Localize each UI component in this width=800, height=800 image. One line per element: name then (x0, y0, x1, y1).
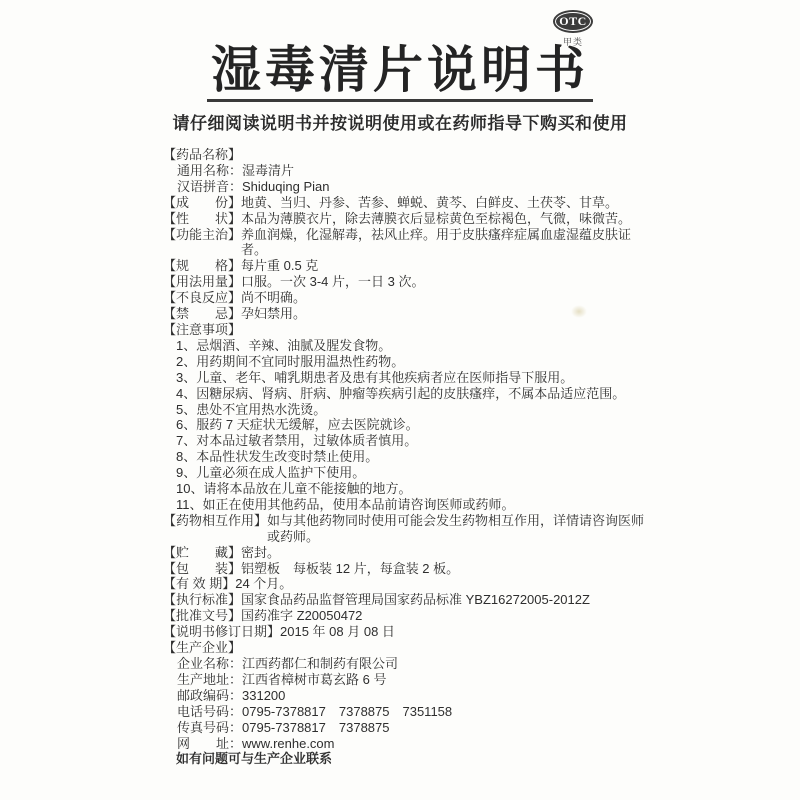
list-item: 9、儿童必须在成人监护下使用。 (176, 465, 645, 481)
section-approval-number: 【批准文号】 国药准字 Z20050472 (163, 608, 645, 624)
section-label: 【贮 藏】 (163, 545, 241, 561)
section-text: 密封。 (241, 545, 645, 561)
pinyin-line: 汉语拼音： Shiduqing Pian (163, 179, 645, 195)
field-label: 企业名称： (177, 656, 242, 672)
section-label: 【成 份】 (163, 195, 241, 211)
section-label: 【功能主治】 (163, 227, 241, 243)
section-standard: 【执行标准】 国家食品药品监督管理局国家药品标准 YBZ16272005-201… (163, 592, 645, 608)
section-storage: 【贮 藏】 密封。 (163, 545, 645, 561)
contact-note: 如有问题可与生产企业联系 (163, 751, 645, 767)
section-label: 【用法用量】 (163, 274, 241, 290)
field-value: 0795-7378817 7378875 (242, 720, 645, 736)
section-text: 铝塑板 每板装 12 片，每盒装 2 板。 (241, 561, 645, 577)
leaflet-header: 湿毒清片说明书 请仔细阅读说明书并按说明使用或在药师指导下购买和使用 (0, 0, 800, 134)
section-precautions: 【注意事项】 (163, 322, 645, 338)
field-label: 汉语拼音： (177, 179, 242, 195)
field-label: 传真号码： (177, 720, 242, 736)
section-text: 孕妇禁用。 (241, 306, 645, 322)
leaflet-page: OTC 甲类 湿毒清片说明书 请仔细阅读说明书并按说明使用或在药师指导下购买和使… (0, 0, 800, 800)
field-value: 0795-7378817 7378875 7351158 (242, 704, 645, 720)
section-property: 【性 状】 本品为薄膜衣片，除去薄膜衣后显棕黄色至棕褐色，气微，味微苦。 (163, 211, 645, 227)
leaflet-body: 【药品名称】 通用名称： 湿毒清片 汉语拼音： Shiduqing Pian 【… (163, 147, 645, 767)
field-value: www.renhe.com (242, 736, 645, 752)
list-item: 1、忌烟酒、辛辣、油腻及腥发食物。 (176, 338, 645, 354)
page-subtitle: 请仔细阅读说明书并按说明使用或在药师指导下购买和使用 (0, 109, 800, 134)
section-label: 【禁 忌】 (163, 306, 241, 322)
section-drug-interaction: 【药物相互作用】 如与其他药物同时使用可能会发生药物相互作用，详情请咨询医师或药… (163, 513, 645, 545)
section-revision-date: 【说明书修订日期】 2015 年 08 月 08 日 (163, 624, 645, 640)
section-packaging: 【包 装】 铝塑板 每板装 12 片，每盒装 2 板。 (163, 561, 645, 577)
section-label: 【生产企业】 (163, 640, 241, 656)
section-label: 【规 格】 (163, 258, 241, 274)
section-text: 如与其他药物同时使用可能会发生药物相互作用，详情请咨询医师或药师。 (267, 513, 645, 545)
section-validity: 【有 效 期】 24 个月。 (163, 576, 645, 592)
section-label: 【执行标准】 (163, 592, 241, 608)
section-label: 【注意事项】 (163, 322, 241, 338)
field-label: 电话号码： (177, 704, 242, 720)
section-label: 【批准文号】 (163, 608, 241, 624)
otc-oval-icon: OTC (553, 10, 593, 33)
list-item: 6、服药 7 天症状无缓解，应去医院就诊。 (176, 417, 645, 433)
section-label: 【说明书修订日期】 (163, 624, 280, 640)
section-label: 【有 效 期】 (163, 576, 235, 592)
list-item: 7、对本品过敏者禁用，过敏体质者慎用。 (176, 433, 645, 449)
section-text: 口服。一次 3-4 片，一日 3 次。 (241, 274, 645, 290)
field-label: 网 址： (177, 736, 242, 752)
section-adverse-reactions: 【不良反应】 尚不明确。 (163, 290, 645, 306)
section-text: 每片重 0.5 克 (241, 258, 645, 274)
field-value: 湿毒清片 (242, 163, 645, 179)
section-text: 地黄、当归、丹参、苦参、蝉蜕、黄芩、白鲜皮、土茯苓、甘草。 (241, 195, 645, 211)
company-postcode-line: 邮政编码： 331200 (163, 688, 645, 704)
section-manufacturer: 【生产企业】 (163, 640, 645, 656)
section-text: 24 个月。 (235, 576, 645, 592)
otc-badge: OTC 甲类 (549, 10, 597, 48)
section-label: 【不良反应】 (163, 290, 241, 306)
company-website-line: 网 址： www.renhe.com (163, 736, 645, 752)
section-label: 【性 状】 (163, 211, 241, 227)
otc-label: OTC (559, 14, 587, 29)
list-item: 3、儿童、老年、哺乳期患者及患有其他疾病者应在医师指导下服用。 (176, 370, 645, 386)
list-item: 10、请将本品放在儿童不能接触的地方。 (176, 481, 645, 497)
section-text: 国家食品药品监督管理局国家药品标准 YBZ16272005-2012Z (241, 592, 645, 608)
field-value: Shiduqing Pian (242, 179, 645, 195)
section-dosage: 【用法用量】 口服。一次 3-4 片，一日 3 次。 (163, 274, 645, 290)
list-item: 2、用药期间不宜同时服用温热性药物。 (176, 354, 645, 370)
field-value: 江西省樟树市葛玄路 6 号 (242, 672, 645, 688)
section-label: 【包 装】 (163, 561, 241, 577)
section-text: 尚不明确。 (241, 290, 645, 306)
section-drug-name: 【药品名称】 (163, 147, 645, 163)
company-fax-line: 传真号码： 0795-7378817 7378875 (163, 720, 645, 736)
section-text: 养血润燥，化湿解毒，祛风止痒。用于皮肤瘙痒症属血虚湿蕴皮肤证者。 (241, 227, 645, 259)
section-ingredients: 【成 份】 地黄、当归、丹参、苦参、蝉蜕、黄芩、白鲜皮、土茯苓、甘草。 (163, 195, 645, 211)
otc-category-label: 甲类 (549, 35, 597, 48)
list-item: 8、本品性状发生改变时禁止使用。 (176, 449, 645, 465)
section-text: 本品为薄膜衣片，除去薄膜衣后显棕黄色至棕褐色，气微，味微苦。 (241, 211, 645, 227)
company-phone-line: 电话号码： 0795-7378817 7378875 7351158 (163, 704, 645, 720)
list-item: 4、因糖尿病、肾病、肝病、肿瘤等疾病引起的皮肤瘙痒，不属本品适应范围。 (176, 386, 645, 402)
list-item: 5、患处不宜用热水洗烫。 (176, 402, 645, 418)
field-label: 生产地址： (177, 672, 242, 688)
precautions-list: 1、忌烟酒、辛辣、油腻及腥发食物。 2、用药期间不宜同时服用温热性药物。 3、儿… (163, 338, 645, 513)
field-value: 331200 (242, 688, 645, 704)
company-name-line: 企业名称： 江西药都仁和制药有限公司 (163, 656, 645, 672)
field-label: 通用名称： (177, 163, 242, 179)
list-item: 11、如正在使用其他药品，使用本品前请咨询医师或药师。 (176, 497, 645, 513)
generic-name-line: 通用名称： 湿毒清片 (163, 163, 645, 179)
section-label: 【药物相互作用】 (163, 513, 267, 529)
company-address-line: 生产地址： 江西省樟树市葛玄路 6 号 (163, 672, 645, 688)
field-value: 江西药都仁和制药有限公司 (242, 656, 645, 672)
page-title: 湿毒清片说明书 (207, 44, 593, 102)
field-label: 邮政编码： (177, 688, 242, 704)
section-text: 2015 年 08 月 08 日 (280, 624, 645, 640)
section-indications: 【功能主治】 养血润燥，化湿解毒，祛风止痒。用于皮肤瘙痒症属血虚湿蕴皮肤证者。 (163, 227, 645, 259)
section-text: 国药准字 Z20050472 (241, 608, 645, 624)
section-label: 【药品名称】 (163, 147, 241, 163)
section-spec: 【规 格】 每片重 0.5 克 (163, 258, 645, 274)
section-contraindication: 【禁 忌】 孕妇禁用。 (163, 306, 645, 322)
